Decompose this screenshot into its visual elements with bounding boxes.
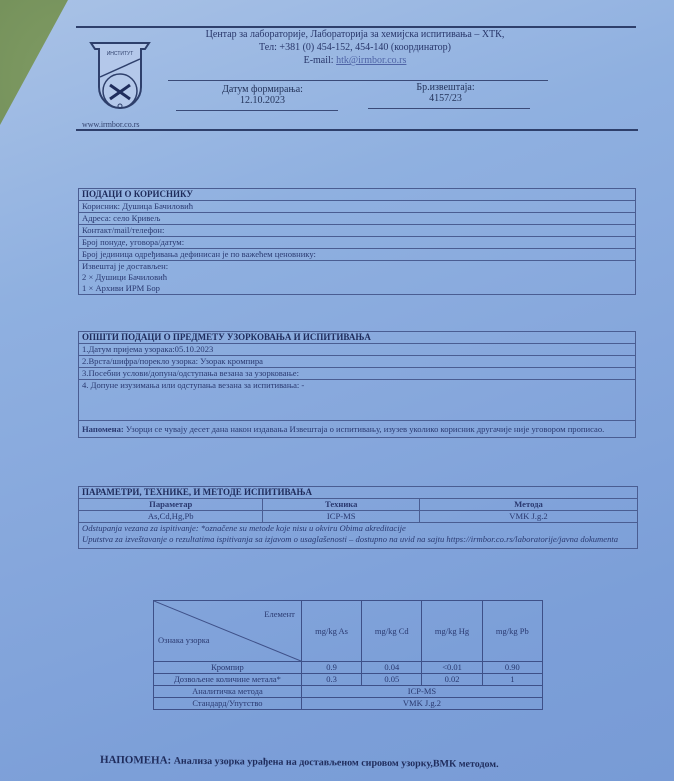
result-value: 0.90 [482, 662, 542, 674]
params-cell: ICP-MS [263, 511, 420, 523]
instructions-note: Uputstva za izveštavanje o rezultatima i… [82, 534, 634, 545]
params-section-title: ПАРАМЕТРИ, ТЕХНИКЕ, И МЕТОДЕ ИСПИТИВАЊА [79, 487, 638, 499]
client-row: Контакт/mail/телефон: [79, 225, 636, 237]
unit-header: mg/kg Hg [422, 601, 482, 662]
element-header: Елемент [264, 609, 295, 620]
report-date: Датум формирања: 12.10.2023 [185, 84, 340, 106]
report-underline [368, 108, 530, 109]
result-value: 0.3 [301, 674, 361, 686]
client-row: Корисник: Душица Бачиловић [79, 201, 636, 213]
params-col-header: Параметар [79, 499, 263, 511]
svg-text:ИНСТИТУТ: ИНСТИТУТ [107, 51, 134, 57]
params-notes: Odstupanja vezana za ispitivanje: *označ… [79, 523, 638, 549]
delivery-item: 1 × Архиви ИРМ Бор [82, 283, 632, 294]
report-number-value: 4157/23 [368, 93, 523, 104]
general-row: 1.Датум пријема узорака:05.10.2023 [79, 344, 636, 356]
general-note: Напомена: Узорци се чувају десет дана на… [79, 421, 636, 438]
general-info-table: ОПШТИ ПОДАЦИ О ПРЕДМЕТУ УЗОРКОВАЊА И ИСП… [78, 331, 636, 438]
report-document: ИНСТИТУТ www.irmbor.co.rs Центар за лабо… [0, 0, 674, 781]
client-section-title: ПОДАЦИ О КОРИСНИКУ [79, 189, 636, 201]
general-row: 3.Посебни услови/допуна/одступања везана… [79, 368, 636, 380]
sample-header: Ознака узорка [158, 635, 210, 646]
note-label: Напомена: [82, 424, 124, 434]
footer-note-text: Анализа узорка урађена на достављеном си… [171, 756, 499, 770]
result-value: 0.05 [362, 674, 422, 686]
results-corner-header: Елемент Ознака узорка [154, 601, 302, 662]
date-underline [176, 110, 338, 111]
params-cell: VMK J.g.2 [419, 511, 637, 523]
footer-note: НАПОМЕНА: Анализа узорка урађена на дост… [100, 754, 499, 770]
delivery-list: Извештај је достављен: 2 × Душици Бачило… [79, 261, 636, 295]
report-number-label: Бр.извештаја: [368, 82, 523, 93]
general-row: 4. Допуне изузимања или одступања везана… [79, 380, 636, 421]
result-value: 1 [482, 674, 542, 686]
org-line: Центар за лабораторије, Лабораторија за … [170, 28, 540, 41]
general-row: 2.Врста/шифра/порекло узорка: Узорак кро… [79, 356, 636, 368]
footer-note-label: НАПОМЕНА: [100, 754, 171, 767]
phone-line: Тел: +381 (0) 454-152, 454-140 (координа… [170, 41, 540, 54]
standard-value: VMK J.g.2 [301, 698, 542, 710]
deviation-note: Odstupanja vezana za ispitivanje: *označ… [82, 523, 634, 534]
email-link[interactable]: htk@irmbor.co.rs [336, 55, 406, 66]
institute-logo: ИНСТИТУТ [85, 35, 155, 117]
note-text: Узорци се чувају десет дана након издава… [126, 424, 604, 434]
email-label: E-mail: [304, 55, 334, 66]
params-col-header: Техника [263, 499, 420, 511]
website-link[interactable]: www.irmbor.co.rs [82, 120, 139, 129]
date-label: Датум формирања: [185, 84, 340, 95]
unit-header: mg/kg Cd [362, 601, 422, 662]
header-bottom-rule [76, 129, 638, 131]
delivery-item: 2 × Душици Бачиловић [82, 272, 632, 283]
params-table: ПАРАМЕТРИ, ТЕХНИКЕ, И МЕТОДЕ ИСПИТИВАЊА … [78, 486, 638, 549]
method-label: Аналитичка метода [154, 686, 302, 698]
unit-header: mg/kg Pb [482, 601, 542, 662]
result-value: 0.9 [301, 662, 361, 674]
table-row: Кромпир 0.9 0.04 <0.01 0.90 [154, 662, 543, 674]
unit-header: mg/kg As [301, 601, 361, 662]
sample-label: Дозвољене количине метала* [154, 674, 302, 686]
result-value: 0.02 [422, 674, 482, 686]
table-row: Дозвољене количине метала* 0.3 0.05 0.02… [154, 674, 543, 686]
header-mid-rule [168, 80, 548, 81]
standard-label: Стандард/Упутство [154, 698, 302, 710]
result-value: 0.04 [362, 662, 422, 674]
email-line: E-mail: htk@irmbor.co.rs [170, 54, 540, 67]
results-table: Елемент Ознака узорка mg/kg As mg/kg Cd … [153, 600, 543, 710]
client-info-table: ПОДАЦИ О КОРИСНИКУ Корисник: Душица Бачи… [78, 188, 636, 295]
method-value: ICP-MS [301, 686, 542, 698]
result-value: <0.01 [422, 662, 482, 674]
lab-contact-block: Центар за лабораторије, Лабораторија за … [170, 28, 540, 67]
client-row: Адреса: село Кривељ [79, 213, 636, 225]
params-col-header: Метода [419, 499, 637, 511]
date-value: 12.10.2023 [185, 95, 340, 106]
client-row: Број јединица одређивања дефинисан је по… [79, 249, 636, 261]
report-number: Бр.извештаја: 4157/23 [368, 82, 523, 104]
sample-label: Кромпир [154, 662, 302, 674]
client-row: Број понуде, уговора/датум: [79, 237, 636, 249]
delivery-title: Извештај је достављен: [82, 261, 632, 272]
params-cell: As,Cd,Hg,Pb [79, 511, 263, 523]
general-section-title: ОПШТИ ПОДАЦИ О ПРЕДМЕТУ УЗОРКОВАЊА И ИСП… [79, 332, 636, 344]
